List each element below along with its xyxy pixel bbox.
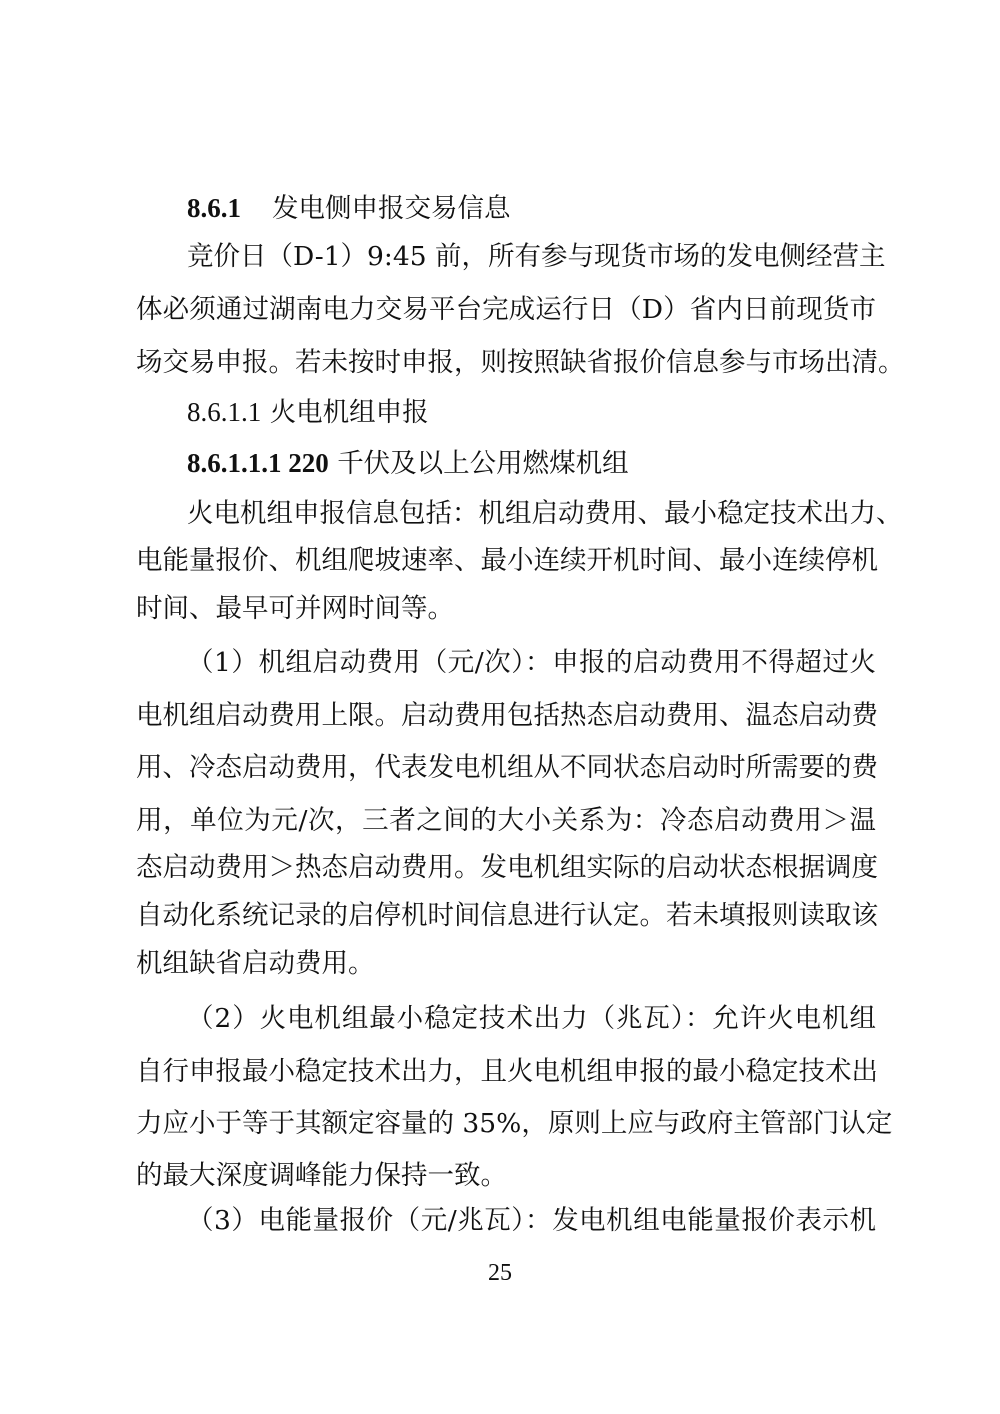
summary-line-1: 火电机组申报信息包括：机组启动费用、最小稳定技术出力、: [187, 494, 876, 534]
item1-line-1: （1）机组启动费用（元/次）：申报的启动费用不得超过火: [187, 643, 876, 683]
subsection-title: 火电机组申报: [270, 397, 429, 428]
item2-line-4: 的最大深度调峰能力保持一致。: [136, 1156, 876, 1196]
subsubsection-number: 8.6.1.1.1 220: [187, 448, 329, 478]
page-number: 25: [0, 1258, 1000, 1288]
document-page: 8.6.1发电侧申报交易信息 竞价日（D-1）9:45 前，所有参与现货市场的发…: [0, 0, 1000, 1414]
subsection-heading: 8.6.1.1 火电机组申报: [187, 392, 687, 432]
item3-line-1: （3）电能量报价（元/兆瓦）：发电机组电能量报价表示机: [187, 1201, 876, 1241]
section-title: 发电侧申报交易信息: [272, 193, 511, 224]
item2-line-2: 自行申报最小稳定技术出力，且火电机组申报的最小稳定技术出: [136, 1052, 876, 1092]
section-heading: 8.6.1发电侧申报交易信息: [187, 188, 787, 228]
intro-line-3: 场交易申报。若未按时申报，则按照缺省报价信息参与市场出清。: [136, 343, 876, 383]
summary-line-3: 时间、最早可并网时间等。: [136, 589, 876, 629]
item1-line-5: 态启动费用＞热态启动费用。发电机组实际的启动状态根据调度: [136, 848, 876, 888]
summary-line-2: 电能量报价、机组爬坡速率、最小连续开机时间、最小连续停机: [136, 541, 876, 581]
subsection-number: 8.6.1.1: [187, 397, 261, 427]
intro-line-1: 竞价日（D-1）9:45 前，所有参与现货市场的发电侧经营主: [187, 237, 876, 277]
subsubsection-heading: 8.6.1.1.1 220 千伏及以上公用燃煤机组: [187, 443, 787, 483]
item1-line-3: 用、冷态启动费用，代表发电机组从不同状态启动时所需要的费: [136, 748, 876, 788]
item2-line-3: 力应小于等于其额定容量的 35%，原则上应与政府主管部门认定: [136, 1104, 876, 1144]
item1-line-2: 电机组启动费用上限。启动费用包括热态启动费用、温态启动费: [136, 696, 876, 736]
subsubsection-title: 千伏及以上公用燃煤机组: [337, 448, 629, 479]
section-number: 8.6.1: [187, 188, 272, 228]
item1-line-6: 自动化系统记录的启停机时间信息进行认定。若未填报则读取该: [136, 896, 876, 936]
item1-line-4: 用，单位为元/次，三者之间的大小关系为：冷态启动费用＞温: [136, 801, 876, 841]
item1-line-7: 机组缺省启动费用。: [136, 944, 876, 984]
intro-line-2: 体必须通过湖南电力交易平台完成运行日（D）省内日前现货市: [136, 290, 876, 330]
item2-line-1: （2）火电机组最小稳定技术出力（兆瓦）：允许火电机组: [187, 999, 876, 1039]
